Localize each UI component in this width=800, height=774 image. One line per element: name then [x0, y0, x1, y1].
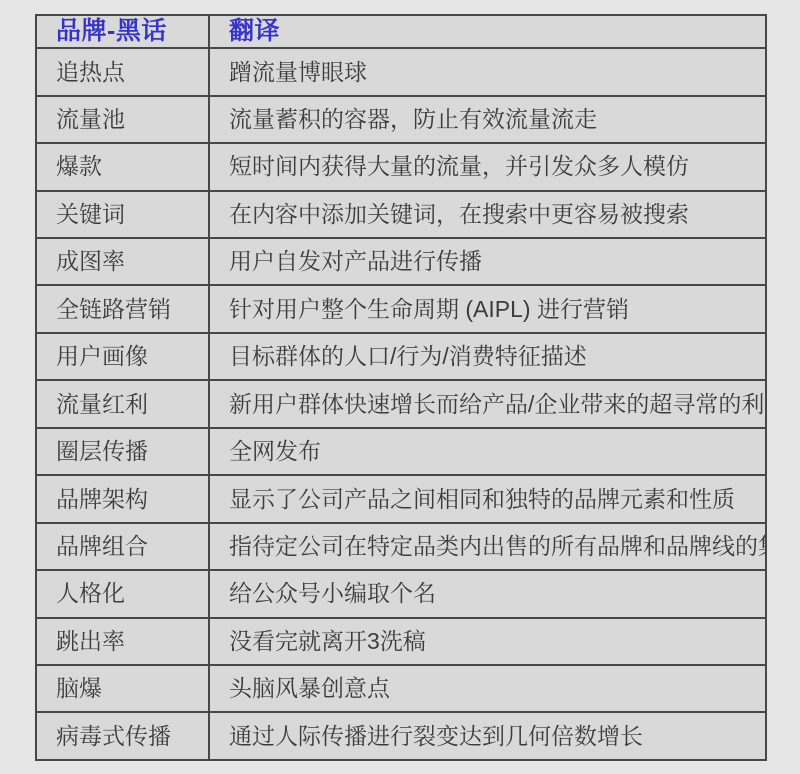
translation-cell: 头脑风暴创意点	[209, 665, 766, 712]
term-cell: 全链路营销	[36, 285, 209, 332]
translation-cell: 显示了公司产品之间相同和独特的品牌元素和性质	[209, 475, 766, 522]
term-cell: 成图率	[36, 238, 209, 285]
translation-cell: 流量蓄积的容器，防止有效流量流走	[209, 96, 766, 143]
table-row: 病毒式传播通过人际传播进行裂变达到几何倍数增长	[36, 712, 766, 760]
table-row: 品牌架构显示了公司产品之间相同和独特的品牌元素和性质	[36, 475, 766, 522]
term-cell: 追热点	[36, 48, 209, 95]
table-row: 流量红利新用户群体快速增长而给产品/企业带来的超寻常的利润	[36, 380, 766, 427]
term-cell: 病毒式传播	[36, 712, 209, 760]
header-translation: 翻译	[209, 15, 766, 48]
table-row: 人格化给公众号小编取个名	[36, 570, 766, 617]
translation-cell: 蹭流量博眼球	[209, 48, 766, 95]
table-row: 用户画像目标群体的人口/行为/消费特征描述	[36, 333, 766, 380]
term-cell: 品牌组合	[36, 523, 209, 570]
table-row: 爆款短时间内获得大量的流量，并引发众多人模仿	[36, 143, 766, 190]
translation-cell: 新用户群体快速增长而给产品/企业带来的超寻常的利润	[209, 380, 766, 427]
term-cell: 用户画像	[36, 333, 209, 380]
table-row: 追热点蹭流量博眼球	[36, 48, 766, 95]
term-cell: 爆款	[36, 143, 209, 190]
translation-cell: 给公众号小编取个名	[209, 570, 766, 617]
jargon-table: 品牌-黑话 翻译 追热点蹭流量博眼球流量池流量蓄积的容器，防止有效流量流走爆款短…	[35, 14, 767, 761]
translation-cell: 短时间内获得大量的流量，并引发众多人模仿	[209, 143, 766, 190]
jargon-table-body: 追热点蹭流量博眼球流量池流量蓄积的容器，防止有效流量流走爆款短时间内获得大量的流…	[36, 48, 766, 760]
term-cell: 脑爆	[36, 665, 209, 712]
term-cell: 流量池	[36, 96, 209, 143]
translation-cell: 针对用户整个生命周期 (AIPL) 进行营销	[209, 285, 766, 332]
header-row: 品牌-黑话 翻译	[36, 15, 766, 48]
term-cell: 关键词	[36, 191, 209, 238]
term-cell: 圈层传播	[36, 428, 209, 475]
table-row: 关键词在内容中添加关键词，在搜索中更容易被搜索	[36, 191, 766, 238]
term-cell: 跳出率	[36, 618, 209, 665]
term-cell: 人格化	[36, 570, 209, 617]
table-row: 跳出率没看完就离开3洗稿	[36, 618, 766, 665]
term-cell: 品牌架构	[36, 475, 209, 522]
translation-cell: 通过人际传播进行裂变达到几何倍数增长	[209, 712, 766, 760]
translation-cell: 目标群体的人口/行为/消费特征描述	[209, 333, 766, 380]
header-term: 品牌-黑话	[36, 15, 209, 48]
translation-cell: 全网发布	[209, 428, 766, 475]
table-row: 圈层传播全网发布	[36, 428, 766, 475]
table-row: 成图率用户自发对产品进行传播	[36, 238, 766, 285]
table-row: 全链路营销针对用户整个生命周期 (AIPL) 进行营销	[36, 285, 766, 332]
term-cell: 流量红利	[36, 380, 209, 427]
translation-cell: 在内容中添加关键词，在搜索中更容易被搜索	[209, 191, 766, 238]
table-row: 脑爆头脑风暴创意点	[36, 665, 766, 712]
table-row: 品牌组合指待定公司在特定品类内出售的所有品牌和品牌线的集合	[36, 523, 766, 570]
translation-cell: 没看完就离开3洗稿	[209, 618, 766, 665]
translation-cell: 指待定公司在特定品类内出售的所有品牌和品牌线的集合	[209, 523, 766, 570]
jargon-table-head: 品牌-黑话 翻译	[36, 15, 766, 48]
page-background: { "theme": { "page_background": "#e6e6e6…	[0, 0, 800, 774]
table-row: 流量池流量蓄积的容器，防止有效流量流走	[36, 96, 766, 143]
translation-cell: 用户自发对产品进行传播	[209, 238, 766, 285]
jargon-table-container: 品牌-黑话 翻译 追热点蹭流量博眼球流量池流量蓄积的容器，防止有效流量流走爆款短…	[35, 14, 767, 761]
